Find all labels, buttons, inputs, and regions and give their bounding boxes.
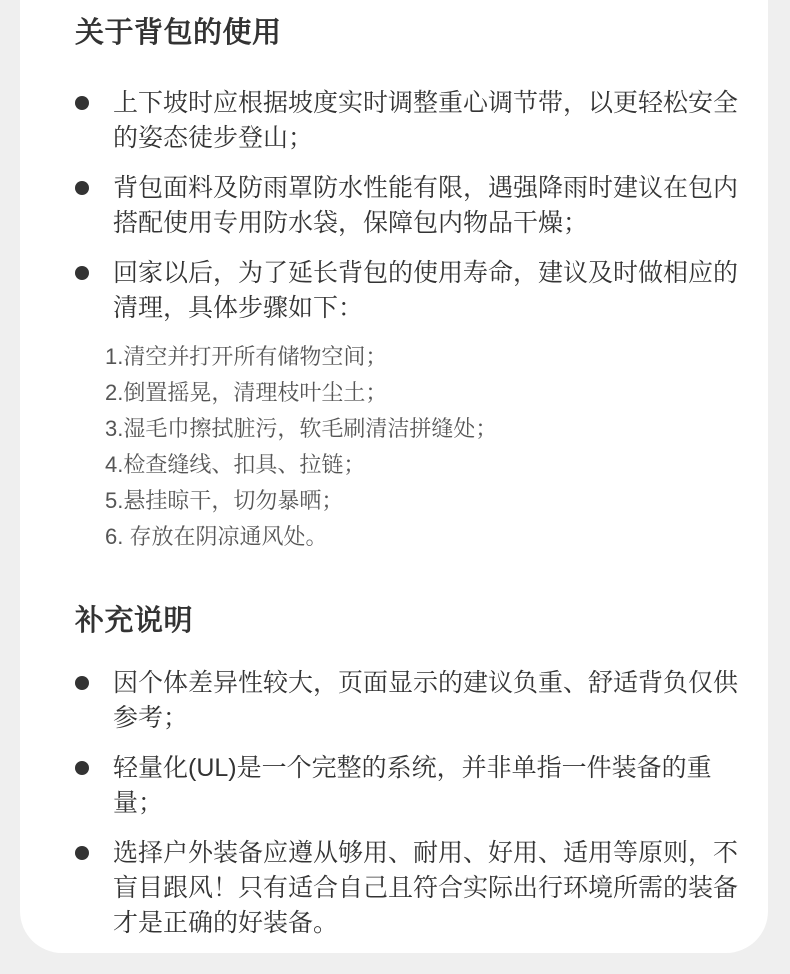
bullet-text: 轻量化(UL)是一个完整的系统，并非单指一件装备的重量；: [113, 751, 738, 821]
bullet-item: 回家以后，为了延长背包的使用寿命，建议及时做相应的清理，具体步骤如下： 1.清空…: [20, 256, 768, 555]
bullet-dot-icon: [75, 181, 89, 195]
bullet-text: 上下坡时应根据坡度实时调整重心调节带，以更轻松安全的姿态徒步登山；: [113, 86, 738, 156]
step-item: 2.倒置摇晃，清理枝叶尘土；: [105, 375, 738, 411]
step-item: 6. 存放在阴凉通风处。: [105, 519, 738, 555]
bullet-item: 背包面料及防雨罩防水性能有限，遇强降雨时建议在包内搭配使用专用防水袋，保障包内物…: [20, 171, 768, 241]
step-item: 1.清空并打开所有储物空间；: [105, 339, 738, 375]
page-background: 关于背包的使用 上下坡时应根据坡度实时调整重心调节带，以更轻松安全的姿态徒步登山…: [0, 0, 790, 974]
bullet-item: 上下坡时应根据坡度实时调整重心调节带，以更轻松安全的姿态徒步登山；: [20, 86, 768, 156]
section-supplementary-notes: 补充说明 因个体差异性较大，页面显示的建议负重、舒适背负仅供参考； 轻量化(UL…: [20, 600, 768, 941]
content-card: 关于背包的使用 上下坡时应根据坡度实时调整重心调节带，以更轻松安全的姿态徒步登山…: [20, 0, 768, 953]
bullet-item: 选择户外装备应遵从够用、耐用、好用、适用等原则，不盲目跟风！只有适合自己且符合实…: [20, 836, 768, 941]
bullet-dot-icon: [75, 676, 89, 690]
bullet-text: 背包面料及防雨罩防水性能有限，遇强降雨时建议在包内搭配使用专用防水袋，保障包内物…: [113, 171, 738, 241]
section-backpack-usage: 关于背包的使用 上下坡时应根据坡度实时调整重心调节带，以更轻松安全的姿态徒步登山…: [20, 12, 768, 555]
usage-bullet-list: 上下坡时应根据坡度实时调整重心调节带，以更轻松安全的姿态徒步登山； 背包面料及防…: [20, 86, 768, 555]
bullet-text: 回家以后，为了延长背包的使用寿命，建议及时做相应的清理，具体步骤如下：: [113, 256, 738, 326]
notes-bullet-list: 因个体差异性较大，页面显示的建议负重、舒适背负仅供参考； 轻量化(UL)是一个完…: [20, 666, 768, 941]
bullet-item: 因个体差异性较大，页面显示的建议负重、舒适背负仅供参考；: [20, 666, 768, 736]
step-item: 5.悬挂晾干，切勿暴晒；: [105, 483, 738, 519]
bullet-dot-icon: [75, 761, 89, 775]
bullet-item: 轻量化(UL)是一个完整的系统，并非单指一件装备的重量；: [20, 751, 768, 821]
step-item: 3.湿毛巾擦拭脏污，软毛刷清洁拼缝处；: [105, 411, 738, 447]
step-item: 4.检查缝线、扣具、拉链；: [105, 447, 738, 483]
bullet-dot-icon: [75, 266, 89, 280]
bullet-dot-icon: [75, 846, 89, 860]
section-title-backpack-usage: 关于背包的使用: [75, 12, 768, 54]
section-title-supplementary-notes: 补充说明: [75, 600, 768, 642]
bullet-dot-icon: [75, 96, 89, 110]
cleaning-steps-list: 1.清空并打开所有储物空间； 2.倒置摇晃，清理枝叶尘土； 3.湿毛巾擦拭脏污，…: [105, 339, 738, 555]
bullet-text: 选择户外装备应遵从够用、耐用、好用、适用等原则，不盲目跟风！只有适合自己且符合实…: [113, 836, 738, 941]
bullet-text: 因个体差异性较大，页面显示的建议负重、舒适背负仅供参考；: [113, 666, 738, 736]
